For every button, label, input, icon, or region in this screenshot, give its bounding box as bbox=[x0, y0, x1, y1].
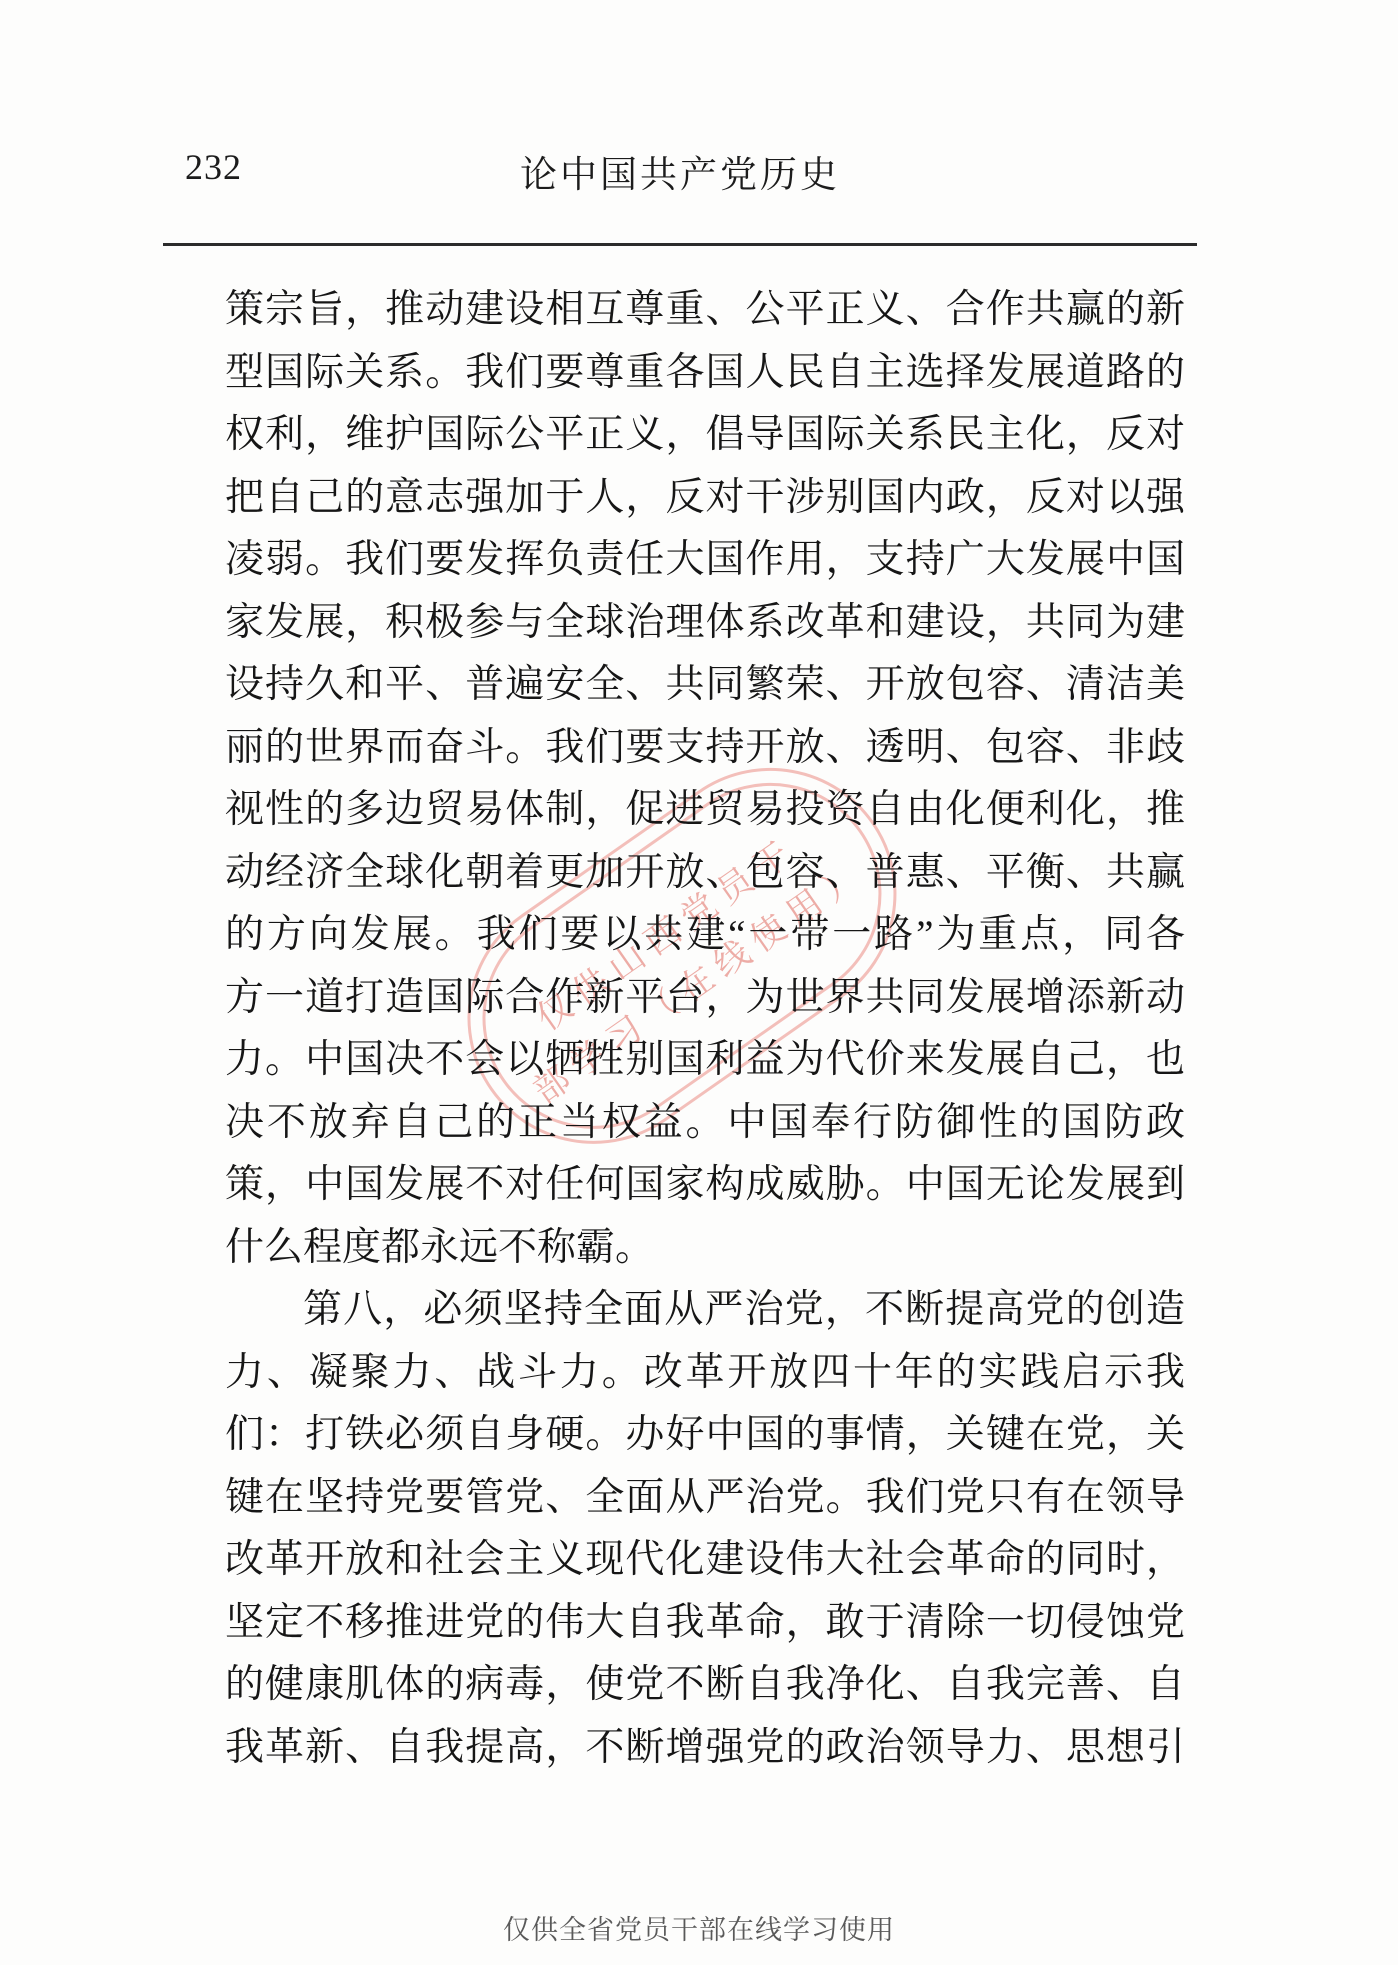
text-line: 凌弱。我们要发挥负责任大国作用，支持广大发展中国 bbox=[225, 529, 1185, 592]
text-line: 的健康肌体的病毒，使党不断自我净化、自我完善、自 bbox=[225, 1654, 1185, 1717]
text-line: 家发展，积极参与全球治理体系改革和建设，共同为建 bbox=[225, 592, 1185, 655]
text-line: 键在坚持党要管党、全面从严治党。我们党只有在领导 bbox=[225, 1467, 1185, 1530]
text-line: 把自己的意志强加于人，反对干涉别国内政，反对以强 bbox=[225, 467, 1185, 530]
text-line: 型国际关系。我们要尊重各国人民自主选择发展道路的 bbox=[225, 342, 1185, 405]
text-line: 我革新、自我提高，不断增强党的政治领导力、思想引 bbox=[225, 1717, 1185, 1780]
text-line: 改革开放和社会主义现代化建设伟大社会革命的同时， bbox=[225, 1529, 1185, 1592]
text-line: 视性的多边贸易体制，促进贸易投资自由化便利化，推 bbox=[225, 779, 1185, 842]
text-line: 第八，必须坚持全面从严治党，不断提高党的创造 bbox=[225, 1279, 1185, 1342]
text-line: 设持久和平、普遍安全、共同繁荣、开放包容、清洁美 bbox=[225, 654, 1185, 717]
text-line: 动经济全球化朝着更加开放、包容、普惠、平衡、共赢 bbox=[225, 842, 1185, 905]
text-line: 的方向发展。我们要以共建“一带一路”为重点，同各 bbox=[225, 904, 1185, 967]
header-rule bbox=[163, 243, 1197, 246]
body-text: 策宗旨，推动建设相互尊重、公平正义、合作共赢的新 型国际关系。我们要尊重各国人民… bbox=[225, 279, 1185, 1779]
text-line: 方一道打造国际合作新平台，为世界共同发展增添新动 bbox=[225, 967, 1185, 1030]
scanned-book-page: 232 论中国共产党历史 仅供山西党员干 部学习（在线使用） 策宗旨，推动建设相… bbox=[0, 0, 1398, 1965]
text-line: 坚定不移推进党的伟大自我革命，敢于清除一切侵蚀党 bbox=[225, 1592, 1185, 1655]
text-line: 策宗旨，推动建设相互尊重、公平正义、合作共赢的新 bbox=[225, 279, 1185, 342]
text-line: 策，中国发展不对任何国家构成威胁。中国无论发展到 bbox=[225, 1154, 1185, 1217]
text-line: 权利，维护国际公平正义，倡导国际关系民主化，反对 bbox=[225, 404, 1185, 467]
text-line: 决不放弃自己的正当权益。中国奉行防御性的国防政 bbox=[225, 1092, 1185, 1155]
book-title: 论中国共产党历史 bbox=[163, 144, 1197, 198]
footer-usage-notice: 仅供全省党员干部在线学习使用 bbox=[0, 1908, 1398, 1947]
text-line: 力、凝聚力、战斗力。改革开放四十年的实践启示我 bbox=[225, 1342, 1185, 1405]
text-line: 丽的世界而奋斗。我们要支持开放、透明、包容、非歧 bbox=[225, 717, 1185, 780]
page-header: 232 论中国共产党历史 bbox=[163, 142, 1197, 206]
text-line: 力。中国决不会以牺牲别国利益为代价来发展自己，也 bbox=[225, 1029, 1185, 1092]
text-line: 们：打铁必须自身硬。办好中国的事情，关键在党，关 bbox=[225, 1404, 1185, 1467]
text-line: 什么程度都永远不称霸。 bbox=[225, 1217, 1185, 1280]
